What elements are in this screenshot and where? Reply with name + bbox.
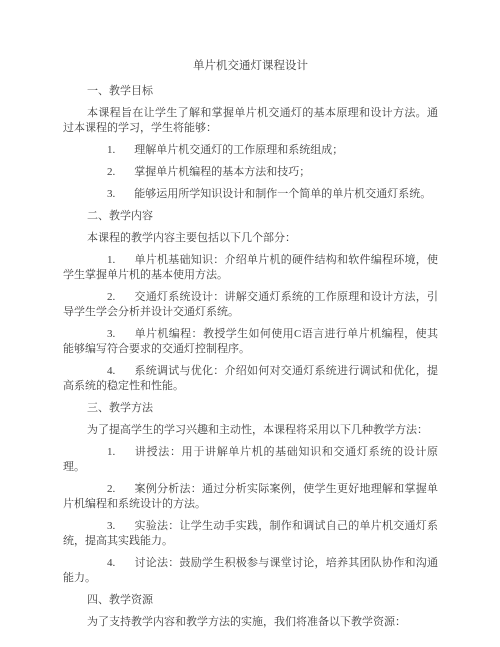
list-item: 3.单片机编程：教授学生如何使用C语言进行单片机编程，使其能够编写符合要求的交通… <box>63 327 438 357</box>
section-intro-2: 本课程的教学内容主要包括以下几个部分： <box>63 231 438 246</box>
list-item-number: 3. <box>107 520 115 532</box>
list-item-text: 实验法：让学生动手实践，制作和调试自己的单片机交通灯系统，提高其实践能力。 <box>63 520 438 547</box>
list-item: 2.交通灯系统设计：讲解交通灯系统的工作原理和设计方法，引导学生学会分析并设计交… <box>63 290 438 320</box>
list-item-text: 掌握单片机编程的基本方法和技巧； <box>134 166 310 178</box>
list-item-text: 系统调试与优化：介绍如何对交通灯系统进行调试和优化，提高系统的稳定性和性能。 <box>63 365 438 392</box>
list-item: 3.实验法：让学生动手实践，制作和调试自己的单片机交通灯系统，提高其实践能力。 <box>63 519 438 549</box>
list-item: 1.理解单片机交通灯的工作原理和系统组成； <box>63 143 438 158</box>
section-heading-3: 三、教学方法 <box>63 401 438 416</box>
list-item-number: 1. <box>107 254 115 266</box>
list-item-number: 4. <box>107 365 115 377</box>
document-page: 单片机交通灯课程设计 一、教学目标 本课程旨在让学生了解和掌握单片机交通灯的基本… <box>0 0 500 647</box>
list-item-text: 单片机编程：教授学生如何使用C语言进行单片机编程，使其能够编写符合要求的交通灯控… <box>63 328 438 355</box>
list-item-number: 2. <box>107 166 115 178</box>
list-item: 4.讨论法：鼓励学生积极参与课堂讨论，培养其团队协作和沟通能力。 <box>63 556 438 586</box>
section-heading-2: 二、教学内容 <box>63 209 438 224</box>
list-item-text: 单片机基础知识：介绍单片机的硬件结构和软件编程环境，使学生掌握单片机的基本使用方… <box>63 254 438 281</box>
section-intro-1: 本课程旨在让学生了解和掌握单片机交通灯的基本原理和设计方法。通过本课程的学习，学… <box>63 106 438 136</box>
list-item-number: 1. <box>107 446 115 458</box>
section-heading-1: 一、教学目标 <box>63 84 438 99</box>
list-item-number: 3. <box>107 328 115 340</box>
list-item-text: 案例分析法：通过分析实际案例，使学生更好地理解和掌握单片机编程和系统设计的方法。 <box>63 483 438 510</box>
section-heading-4: 四、教学资源 <box>63 593 438 608</box>
list-item: 2.掌握单片机编程的基本方法和技巧； <box>63 165 438 180</box>
list-item-text: 能够运用所学知识设计和制作一个简单的单片机交通灯系统。 <box>134 188 431 200</box>
list-item-text: 理解单片机交通灯的工作原理和系统组成； <box>134 144 343 156</box>
document-title: 单片机交通灯课程设计 <box>63 59 438 74</box>
list-item-number: 1. <box>107 144 115 156</box>
list-item-text: 交通灯系统设计：讲解交通灯系统的工作原理和设计方法，引导学生学会分析并设计交通灯… <box>63 291 438 318</box>
list-item-number: 3. <box>107 188 115 200</box>
list-item: 2.案例分析法：通过分析实际案例，使学生更好地理解和掌握单片机编程和系统设计的方… <box>63 482 438 512</box>
list-item-number: 2. <box>107 291 115 303</box>
list-item-number: 4. <box>107 557 115 569</box>
list-item-text: 讲授法：用于讲解单片机的基础知识和交通灯系统的设计原理。 <box>63 446 438 473</box>
list-item: 1.单片机基础知识：介绍单片机的硬件结构和软件编程环境，使学生掌握单片机的基本使… <box>63 253 438 283</box>
list-item-number: 2. <box>107 483 115 495</box>
list-item: 1.讲授法：用于讲解单片机的基础知识和交通灯系统的设计原理。 <box>63 445 438 475</box>
list-item-text: 讨论法：鼓励学生积极参与课堂讨论，培养其团队协作和沟通能力。 <box>63 557 438 584</box>
section-intro-3: 为了提高学生的学习兴趣和主动性，本课程将采用以下几种教学方法： <box>63 423 438 438</box>
list-item: 3.能够运用所学知识设计和制作一个简单的单片机交通灯系统。 <box>63 187 438 202</box>
list-item: 4.系统调试与优化：介绍如何对交通灯系统进行调试和优化，提高系统的稳定性和性能。 <box>63 364 438 394</box>
section-intro-4: 为了支持教学内容和教学方法的实施，我们将准备以下教学资源： <box>63 615 438 630</box>
